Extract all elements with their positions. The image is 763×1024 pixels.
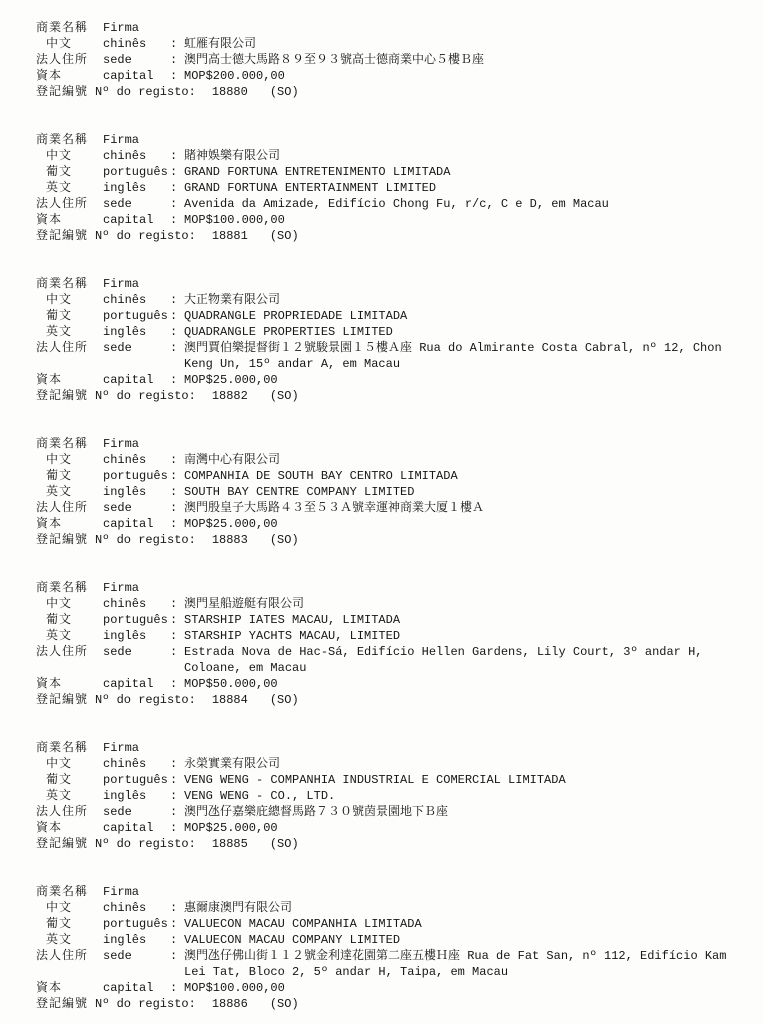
portuguese-name-value: VALUECON MACAU COMPANHIA LIMITADA	[184, 916, 747, 932]
registered-address-value: Avenida da Amizade, Edifício Chong Fu, r…	[184, 196, 747, 212]
label-capital-zh: 資本	[36, 68, 103, 84]
row-registered-address: 法人住所 sede : Avenida da Amizade, Edifício…	[36, 196, 747, 212]
label-capital-pt: capital	[103, 372, 170, 388]
capital-value: MOP$25.000,00	[184, 372, 747, 388]
label-capital-zh: 資本	[36, 676, 103, 692]
label-chinese-pt: chinês	[103, 756, 170, 772]
row-chinese-name: 中文 chinês : 大正物業有限公司	[36, 292, 747, 308]
row-business-name: 商業名稱 Firma	[36, 884, 747, 900]
row-english-name: 英文 inglês : VENG WENG - CO., LTD.	[36, 788, 747, 804]
label-portuguese-pt: português	[103, 612, 170, 628]
capital-value: MOP$50.000,00	[184, 676, 747, 692]
row-registered-address: 法人住所 sede : Estrada Nova de Hac-Sá, Edif…	[36, 644, 747, 676]
label-business-name-zh: 商業名稱	[36, 580, 103, 596]
registration-number-value: 18881	[212, 228, 248, 244]
colon-separator: :	[170, 164, 184, 180]
row-registered-address: 法人住所 sede : 澳門殷皇子大馬路４３至５３Ａ號幸運神商業大厦１樓Ａ	[36, 500, 747, 516]
label-registration-zh: 登記編號	[36, 532, 95, 548]
label-portuguese-zh: 葡文	[36, 164, 103, 180]
row-portuguese-name: 葡文 português : VALUECON MACAU COMPANHIA …	[36, 916, 747, 932]
colon-separator: :	[170, 900, 184, 916]
label-english-pt: inglês	[103, 180, 170, 196]
label-english-zh: 英文	[36, 484, 103, 500]
english-name-value: SOUTH BAY CENTRE COMPANY LIMITED	[184, 484, 747, 500]
colon-separator: :	[170, 340, 184, 356]
label-address-pt: sede	[103, 340, 170, 356]
registered-address-value: 澳門賈伯樂提督街１２號駿景園１５樓Ａ座 Rua do Almirante Cos…	[184, 340, 747, 372]
row-registration-number: 登記編號 Nº do registo: 18884 (SO)	[36, 692, 747, 708]
row-portuguese-name: 葡文 português : STARSHIP IATES MACAU, LIM…	[36, 612, 747, 628]
colon-separator: :	[170, 948, 184, 964]
registration-number-value: 18884	[212, 692, 248, 708]
portuguese-name-value: VENG WENG - COMPANHIA INDUSTRIAL E COMER…	[184, 772, 747, 788]
chinese-name-value: 賭神娛樂有限公司	[184, 148, 747, 164]
row-english-name: 英文 inglês : STARSHIP YACHTS MACAU, LIMIT…	[36, 628, 747, 644]
label-english-zh: 英文	[36, 180, 103, 196]
row-capital: 資本 capital : MOP$100.000,00	[36, 980, 747, 996]
label-chinese-zh: 中文	[36, 148, 103, 164]
label-address-pt: sede	[103, 948, 170, 964]
row-capital: 資本 capital : MOP$200.000,00	[36, 68, 747, 84]
colon-separator: :	[170, 292, 184, 308]
colon-separator: :	[170, 980, 184, 996]
company-record: 商業名稱 Firma 中文 chinês : 永榮實業有限公司 葡文 portu…	[36, 740, 747, 852]
colon-separator: :	[170, 484, 184, 500]
label-registration-zh: 登記編號	[36, 692, 95, 708]
portuguese-name-value: GRAND FORTUNA ENTRETENIMENTO LIMITADA	[184, 164, 747, 180]
registration-suffix: (SO)	[270, 388, 299, 404]
row-english-name: 英文 inglês : VALUECON MACAU COMPANY LIMIT…	[36, 932, 747, 948]
chinese-name-value: 惠爾康澳門有限公司	[184, 900, 747, 916]
label-capital-zh: 資本	[36, 980, 103, 996]
english-name-value: QUADRANGLE PROPERTIES LIMITED	[184, 324, 747, 340]
label-address-zh: 法人住所	[36, 644, 103, 660]
registration-number-value: 18882	[212, 388, 248, 404]
row-capital: 資本 capital : MOP$25.000,00	[36, 372, 747, 388]
label-chinese-pt: chinês	[103, 292, 170, 308]
row-english-name: 英文 inglês : GRAND FORTUNA ENTERTAINMENT …	[36, 180, 747, 196]
label-address-pt: sede	[103, 52, 170, 68]
label-address-pt: sede	[103, 196, 170, 212]
label-chinese-zh: 中文	[36, 452, 103, 468]
colon-separator: :	[170, 612, 184, 628]
label-english-pt: inglês	[103, 932, 170, 948]
row-business-name: 商業名稱 Firma	[36, 740, 747, 756]
company-record: 商業名稱 Firma 中文 chinês : 大正物業有限公司 葡文 portu…	[36, 276, 747, 404]
label-chinese-pt: chinês	[103, 36, 170, 52]
colon-separator: :	[170, 628, 184, 644]
english-name-value: GRAND FORTUNA ENTERTAINMENT LIMITED	[184, 180, 747, 196]
label-portuguese-zh: 葡文	[36, 612, 103, 628]
label-business-name-pt: Firma	[103, 580, 170, 596]
row-english-name: 英文 inglês : SOUTH BAY CENTRE COMPANY LIM…	[36, 484, 747, 500]
label-capital-pt: capital	[103, 820, 170, 836]
chinese-name-value: 大正物業有限公司	[184, 292, 747, 308]
label-registration-zh: 登記編號	[36, 228, 95, 244]
row-chinese-name: 中文 chinês : 惠爾康澳門有限公司	[36, 900, 747, 916]
label-chinese-pt: chinês	[103, 596, 170, 612]
colon-separator: :	[170, 596, 184, 612]
label-business-name-pt: Firma	[103, 436, 170, 452]
row-chinese-name: 中文 chinês : 虹雁有限公司	[36, 36, 747, 52]
colon-separator: :	[170, 36, 184, 52]
registered-address-value: 澳門氹仔嘉樂庇總督馬路７３０號茵景園地下Ｂ座	[184, 804, 747, 820]
chinese-name-value: 虹雁有限公司	[184, 36, 747, 52]
label-address-zh: 法人住所	[36, 500, 103, 516]
label-registration-pt: Nº do registo:	[95, 84, 196, 100]
label-address-pt: sede	[103, 804, 170, 820]
label-capital-pt: capital	[103, 980, 170, 996]
label-registration-pt: Nº do registo:	[95, 388, 196, 404]
row-english-name: 英文 inglês : QUADRANGLE PROPERTIES LIMITE…	[36, 324, 747, 340]
label-address-zh: 法人住所	[36, 196, 103, 212]
row-portuguese-name: 葡文 português : QUADRANGLE PROPRIEDADE LI…	[36, 308, 747, 324]
row-business-name: 商業名稱 Firma	[36, 276, 747, 292]
label-business-name-zh: 商業名稱	[36, 436, 103, 452]
label-registration-zh: 登記編號	[36, 996, 95, 1012]
label-capital-pt: capital	[103, 516, 170, 532]
registration-suffix: (SO)	[270, 692, 299, 708]
colon-separator: :	[170, 500, 184, 516]
row-capital: 資本 capital : MOP$25.000,00	[36, 820, 747, 836]
capital-value: MOP$100.000,00	[184, 212, 747, 228]
colon-separator: :	[170, 68, 184, 84]
row-business-name: 商業名稱 Firma	[36, 436, 747, 452]
row-chinese-name: 中文 chinês : 賭神娛樂有限公司	[36, 148, 747, 164]
label-chinese-zh: 中文	[36, 36, 103, 52]
label-portuguese-zh: 葡文	[36, 772, 103, 788]
row-registration-number: 登記編號 Nº do registo: 18881 (SO)	[36, 228, 747, 244]
colon-separator: :	[170, 772, 184, 788]
label-english-pt: inglês	[103, 324, 170, 340]
label-capital-zh: 資本	[36, 516, 103, 532]
label-capital-pt: capital	[103, 676, 170, 692]
label-registration-pt: Nº do registo:	[95, 228, 196, 244]
registration-number-value: 18883	[212, 532, 248, 548]
row-capital: 資本 capital : MOP$25.000,00	[36, 516, 747, 532]
row-registration-number: 登記編號 Nº do registo: 18886 (SO)	[36, 996, 747, 1012]
registration-suffix: (SO)	[270, 228, 299, 244]
label-business-name-pt: Firma	[103, 884, 170, 900]
registration-suffix: (SO)	[270, 532, 299, 548]
colon-separator: :	[170, 644, 184, 660]
capital-value: MOP$100.000,00	[184, 980, 747, 996]
row-capital: 資本 capital : MOP$50.000,00	[36, 676, 747, 692]
row-registered-address: 法人住所 sede : 澳門氹仔佛山街１１２號金利達花園第二座五樓Ｈ座 Rua …	[36, 948, 747, 980]
registered-address-value: 澳門殷皇子大馬路４３至５３Ａ號幸運神商業大厦１樓Ａ	[184, 500, 747, 516]
label-portuguese-pt: português	[103, 468, 170, 484]
colon-separator: :	[170, 468, 184, 484]
colon-separator: :	[170, 820, 184, 836]
row-chinese-name: 中文 chinês : 澳門星船遊艇有限公司	[36, 596, 747, 612]
label-chinese-pt: chinês	[103, 452, 170, 468]
registry-document-page: 商業名稱 Firma 中文 chinês : 虹雁有限公司 法人住所 sede …	[0, 0, 763, 1024]
colon-separator: :	[170, 308, 184, 324]
label-portuguese-pt: português	[103, 772, 170, 788]
row-registration-number: 登記編號 Nº do registo: 18883 (SO)	[36, 532, 747, 548]
label-business-name-pt: Firma	[103, 740, 170, 756]
label-portuguese-pt: português	[103, 308, 170, 324]
label-english-pt: inglês	[103, 484, 170, 500]
row-registration-number: 登記編號 Nº do registo: 18880 (SO)	[36, 84, 747, 100]
label-portuguese-zh: 葡文	[36, 468, 103, 484]
label-address-zh: 法人住所	[36, 52, 103, 68]
label-business-name-zh: 商業名稱	[36, 884, 103, 900]
row-business-name: 商業名稱 Firma	[36, 132, 747, 148]
label-english-pt: inglês	[103, 628, 170, 644]
label-capital-pt: capital	[103, 212, 170, 228]
label-english-zh: 英文	[36, 788, 103, 804]
row-chinese-name: 中文 chinês : 永榮實業有限公司	[36, 756, 747, 772]
row-registration-number: 登記編號 Nº do registo: 18885 (SO)	[36, 836, 747, 852]
label-business-name-zh: 商業名稱	[36, 276, 103, 292]
label-registration-pt: Nº do registo:	[95, 692, 196, 708]
registration-number-value: 18880	[212, 84, 248, 100]
row-registration-number: 登記編號 Nº do registo: 18882 (SO)	[36, 388, 747, 404]
label-capital-zh: 資本	[36, 212, 103, 228]
label-business-name-pt: Firma	[103, 132, 170, 148]
label-business-name-zh: 商業名稱	[36, 740, 103, 756]
label-chinese-zh: 中文	[36, 756, 103, 772]
label-registration-pt: Nº do registo:	[95, 836, 196, 852]
label-business-name-zh: 商業名稱	[36, 132, 103, 148]
row-portuguese-name: 葡文 português : VENG WENG - COMPANHIA IND…	[36, 772, 747, 788]
colon-separator: :	[170, 196, 184, 212]
row-chinese-name: 中文 chinês : 南灣中心有限公司	[36, 452, 747, 468]
label-address-pt: sede	[103, 500, 170, 516]
chinese-name-value: 南灣中心有限公司	[184, 452, 747, 468]
chinese-name-value: 澳門星船遊艇有限公司	[184, 596, 747, 612]
label-english-zh: 英文	[36, 932, 103, 948]
colon-separator: :	[170, 452, 184, 468]
registration-suffix: (SO)	[270, 996, 299, 1012]
label-portuguese-pt: português	[103, 164, 170, 180]
label-address-zh: 法人住所	[36, 948, 103, 964]
label-chinese-zh: 中文	[36, 900, 103, 916]
label-registration-pt: Nº do registo:	[95, 996, 196, 1012]
portuguese-name-value: QUADRANGLE PROPRIEDADE LIMITADA	[184, 308, 747, 324]
registration-number-value: 18885	[212, 836, 248, 852]
colon-separator: :	[170, 932, 184, 948]
label-chinese-zh: 中文	[36, 292, 103, 308]
row-registered-address: 法人住所 sede : 澳門高士德大馬路８９至９３號高士德商業中心５樓Ｂ座	[36, 52, 747, 68]
company-record: 商業名稱 Firma 中文 chinês : 澳門星船遊艇有限公司 葡文 por…	[36, 580, 747, 708]
row-portuguese-name: 葡文 português : GRAND FORTUNA ENTRETENIME…	[36, 164, 747, 180]
english-name-value: VALUECON MACAU COMPANY LIMITED	[184, 932, 747, 948]
colon-separator: :	[170, 788, 184, 804]
colon-separator: :	[170, 372, 184, 388]
row-capital: 資本 capital : MOP$100.000,00	[36, 212, 747, 228]
label-capital-pt: capital	[103, 68, 170, 84]
label-registration-pt: Nº do registo:	[95, 532, 196, 548]
label-portuguese-pt: português	[103, 916, 170, 932]
colon-separator: :	[170, 516, 184, 532]
company-record: 商業名稱 Firma 中文 chinês : 虹雁有限公司 法人住所 sede …	[36, 20, 747, 100]
label-english-zh: 英文	[36, 324, 103, 340]
label-business-name-pt: Firma	[103, 276, 170, 292]
label-business-name-zh: 商業名稱	[36, 20, 103, 36]
label-portuguese-zh: 葡文	[36, 916, 103, 932]
portuguese-name-value: COMPANHIA DE SOUTH BAY CENTRO LIMITADA	[184, 468, 747, 484]
colon-separator: :	[170, 212, 184, 228]
capital-value: MOP$200.000,00	[184, 68, 747, 84]
capital-value: MOP$25.000,00	[184, 516, 747, 532]
colon-separator: :	[170, 180, 184, 196]
label-business-name-pt: Firma	[103, 20, 170, 36]
portuguese-name-value: STARSHIP IATES MACAU, LIMITADA	[184, 612, 747, 628]
colon-separator: :	[170, 804, 184, 820]
english-name-value: STARSHIP YACHTS MACAU, LIMITED	[184, 628, 747, 644]
registered-address-value: 澳門高士德大馬路８９至９３號高士德商業中心５樓Ｂ座	[184, 52, 747, 68]
label-address-zh: 法人住所	[36, 340, 103, 356]
capital-value: MOP$25.000,00	[184, 820, 747, 836]
english-name-value: VENG WENG - CO., LTD.	[184, 788, 747, 804]
label-chinese-zh: 中文	[36, 596, 103, 612]
label-capital-zh: 資本	[36, 820, 103, 836]
company-record: 商業名稱 Firma 中文 chinês : 南灣中心有限公司 葡文 portu…	[36, 436, 747, 548]
row-portuguese-name: 葡文 português : COMPANHIA DE SOUTH BAY CE…	[36, 468, 747, 484]
company-records-list: 商業名稱 Firma 中文 chinês : 虹雁有限公司 法人住所 sede …	[36, 20, 747, 1012]
label-portuguese-zh: 葡文	[36, 308, 103, 324]
colon-separator: :	[170, 148, 184, 164]
registered-address-value: Estrada Nova de Hac-Sá, Edifício Hellen …	[184, 644, 747, 676]
registered-address-value: 澳門氹仔佛山街１１２號金利達花園第二座五樓Ｈ座 Rua de Fat San, …	[184, 948, 747, 980]
label-capital-zh: 資本	[36, 372, 103, 388]
registration-suffix: (SO)	[270, 84, 299, 100]
label-chinese-pt: chinês	[103, 900, 170, 916]
label-address-pt: sede	[103, 644, 170, 660]
row-business-name: 商業名稱 Firma	[36, 20, 747, 36]
chinese-name-value: 永榮實業有限公司	[184, 756, 747, 772]
colon-separator: :	[170, 324, 184, 340]
registration-suffix: (SO)	[270, 836, 299, 852]
label-registration-zh: 登記編號	[36, 388, 95, 404]
company-record: 商業名稱 Firma 中文 chinês : 賭神娛樂有限公司 葡文 portu…	[36, 132, 747, 244]
colon-separator: :	[170, 916, 184, 932]
row-registered-address: 法人住所 sede : 澳門氹仔嘉樂庇總督馬路７３０號茵景園地下Ｂ座	[36, 804, 747, 820]
label-address-zh: 法人住所	[36, 804, 103, 820]
label-english-zh: 英文	[36, 628, 103, 644]
row-registered-address: 法人住所 sede : 澳門賈伯樂提督街１２號駿景園１５樓Ａ座 Rua do A…	[36, 340, 747, 372]
label-chinese-pt: chinês	[103, 148, 170, 164]
row-business-name: 商業名稱 Firma	[36, 580, 747, 596]
label-registration-zh: 登記編號	[36, 836, 95, 852]
company-record: 商業名稱 Firma 中文 chinês : 惠爾康澳門有限公司 葡文 port…	[36, 884, 747, 1012]
colon-separator: :	[170, 52, 184, 68]
label-registration-zh: 登記編號	[36, 84, 95, 100]
colon-separator: :	[170, 676, 184, 692]
label-english-pt: inglês	[103, 788, 170, 804]
registration-number-value: 18886	[212, 996, 248, 1012]
colon-separator: :	[170, 756, 184, 772]
